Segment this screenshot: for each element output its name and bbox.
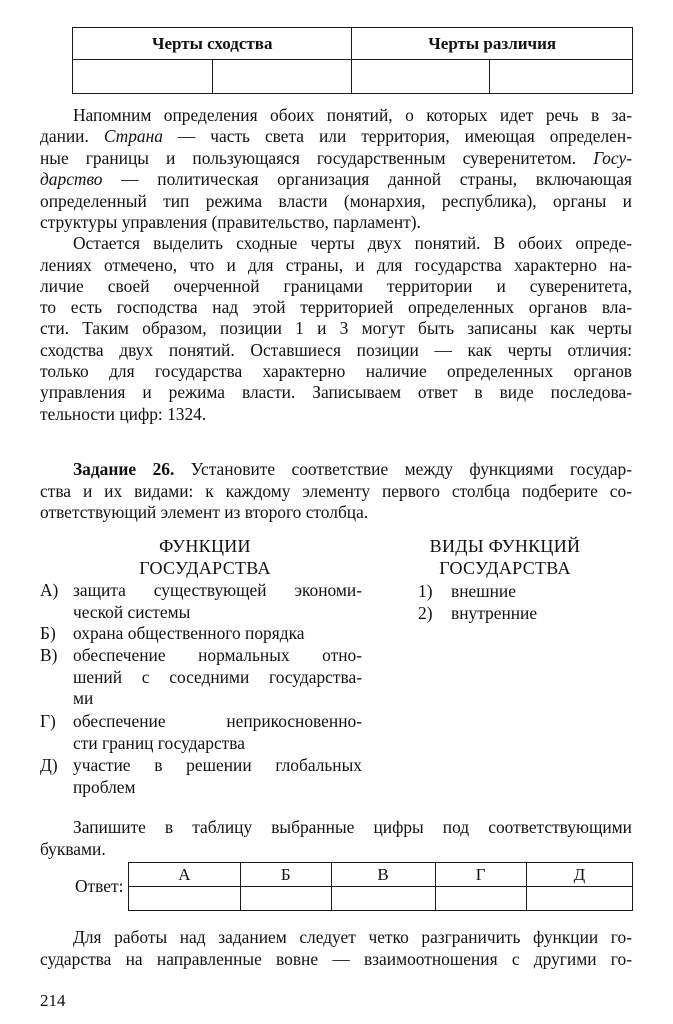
text-line: сударства на направленные вовне — взаимо… — [40, 949, 632, 970]
page-number: 214 — [40, 990, 66, 1011]
function-item-a: А) защита существующей экономи-ческой си… — [40, 580, 362, 623]
answer-header-v: В — [331, 863, 435, 887]
text-line: только для государства характерно наличи… — [40, 361, 632, 382]
answer-cell-a[interactable] — [129, 887, 241, 911]
text-line: Задание 26. Установите соответствие межд… — [73, 459, 632, 480]
text-line: личие своей очерченной границами террито… — [40, 276, 632, 297]
text-line: то есть господства над этой территорией … — [40, 297, 632, 318]
answer-cell-g[interactable] — [435, 887, 526, 911]
text-line: сходства двух понятий. Оставшиеся позици… — [40, 340, 632, 361]
answer-header-b: Б — [240, 863, 331, 887]
function-item-v: В) обеспечение нормальных отно-шений с с… — [40, 645, 362, 710]
comparison-table-row — [73, 60, 633, 94]
answer-label: Ответ: — [75, 876, 123, 897]
comparison-table-header: Черты сходства Черты различия — [73, 28, 633, 60]
difference-cell-2[interactable] — [490, 60, 633, 94]
text-line: Остается выделить сходные черты двух пон… — [73, 233, 632, 254]
header-similarities: Черты сходства — [73, 28, 352, 60]
text-line: управления и режима власти. Записываем о… — [40, 382, 632, 403]
text-line: буквами. — [40, 839, 632, 860]
similarity-cell-1[interactable] — [73, 60, 213, 94]
function-item-g: Г) обеспечение неприкосновенно-сти грани… — [40, 711, 362, 754]
term-state: Госу- — [593, 148, 632, 168]
functions-heading: ФУНКЦИИ ГОСУДАРСТВА — [70, 535, 340, 579]
similarity-cell-2[interactable] — [212, 60, 352, 94]
header-differences: Черты различия — [352, 28, 633, 60]
text-line: дарство — политическая организация данно… — [40, 169, 632, 190]
task-label: Задание 26. — [73, 459, 174, 479]
answer-header-d: Д — [526, 863, 632, 887]
comparison-table: Черты сходства Черты различия — [72, 27, 633, 94]
text-line: Запишите в таблицу выбранные цифры под с… — [73, 817, 632, 838]
text-line: Напомним определения обоих понятий, о ко… — [73, 105, 632, 126]
kind-item-2: 2)внутренние — [418, 602, 537, 624]
answer-table: А Б В Г Д — [128, 862, 633, 911]
function-item-d: Д) участие в решении глобальныхпроблем — [40, 755, 362, 798]
answer-cell-d[interactable] — [526, 887, 632, 911]
answer-cell-b[interactable] — [240, 887, 331, 911]
answer-table-header: А Б В Г Д — [129, 863, 633, 887]
text-line: ответствующий элемент из второго столбца… — [40, 502, 632, 523]
kind-item-1: 1)внешние — [418, 580, 516, 602]
function-item-b: Б) охрана общественного порядка — [40, 623, 362, 645]
term-country: Страна — [104, 126, 163, 146]
answer-table-values — [129, 887, 633, 911]
text-line: тельности цифр: 1324. — [40, 404, 632, 425]
difference-cell-1[interactable] — [352, 60, 490, 94]
text-line: ные границы и пользующаяся государственн… — [40, 148, 632, 169]
answer-cell-v[interactable] — [331, 887, 435, 911]
text-line: сти. Таким образом, позиции 1 и 3 могут … — [40, 318, 632, 339]
text-line: дании. Страна — часть света или территор… — [40, 126, 632, 147]
text-line: определенный тип режима власти (монархия… — [40, 191, 632, 212]
text-line: Для работы над заданием следует четко ра… — [73, 927, 632, 948]
text-line: структуры управления (правительство, пар… — [40, 212, 632, 233]
kinds-heading: ВИДЫ ФУНКЦИЙ ГОСУДАРСТВА — [405, 535, 605, 579]
text-line: ства и их видами: к каждому элементу пер… — [40, 481, 632, 502]
answer-header-g: Г — [435, 863, 526, 887]
text-line: лениях отмечено, что и для страны, и для… — [40, 255, 632, 276]
answer-header-a: А — [129, 863, 241, 887]
